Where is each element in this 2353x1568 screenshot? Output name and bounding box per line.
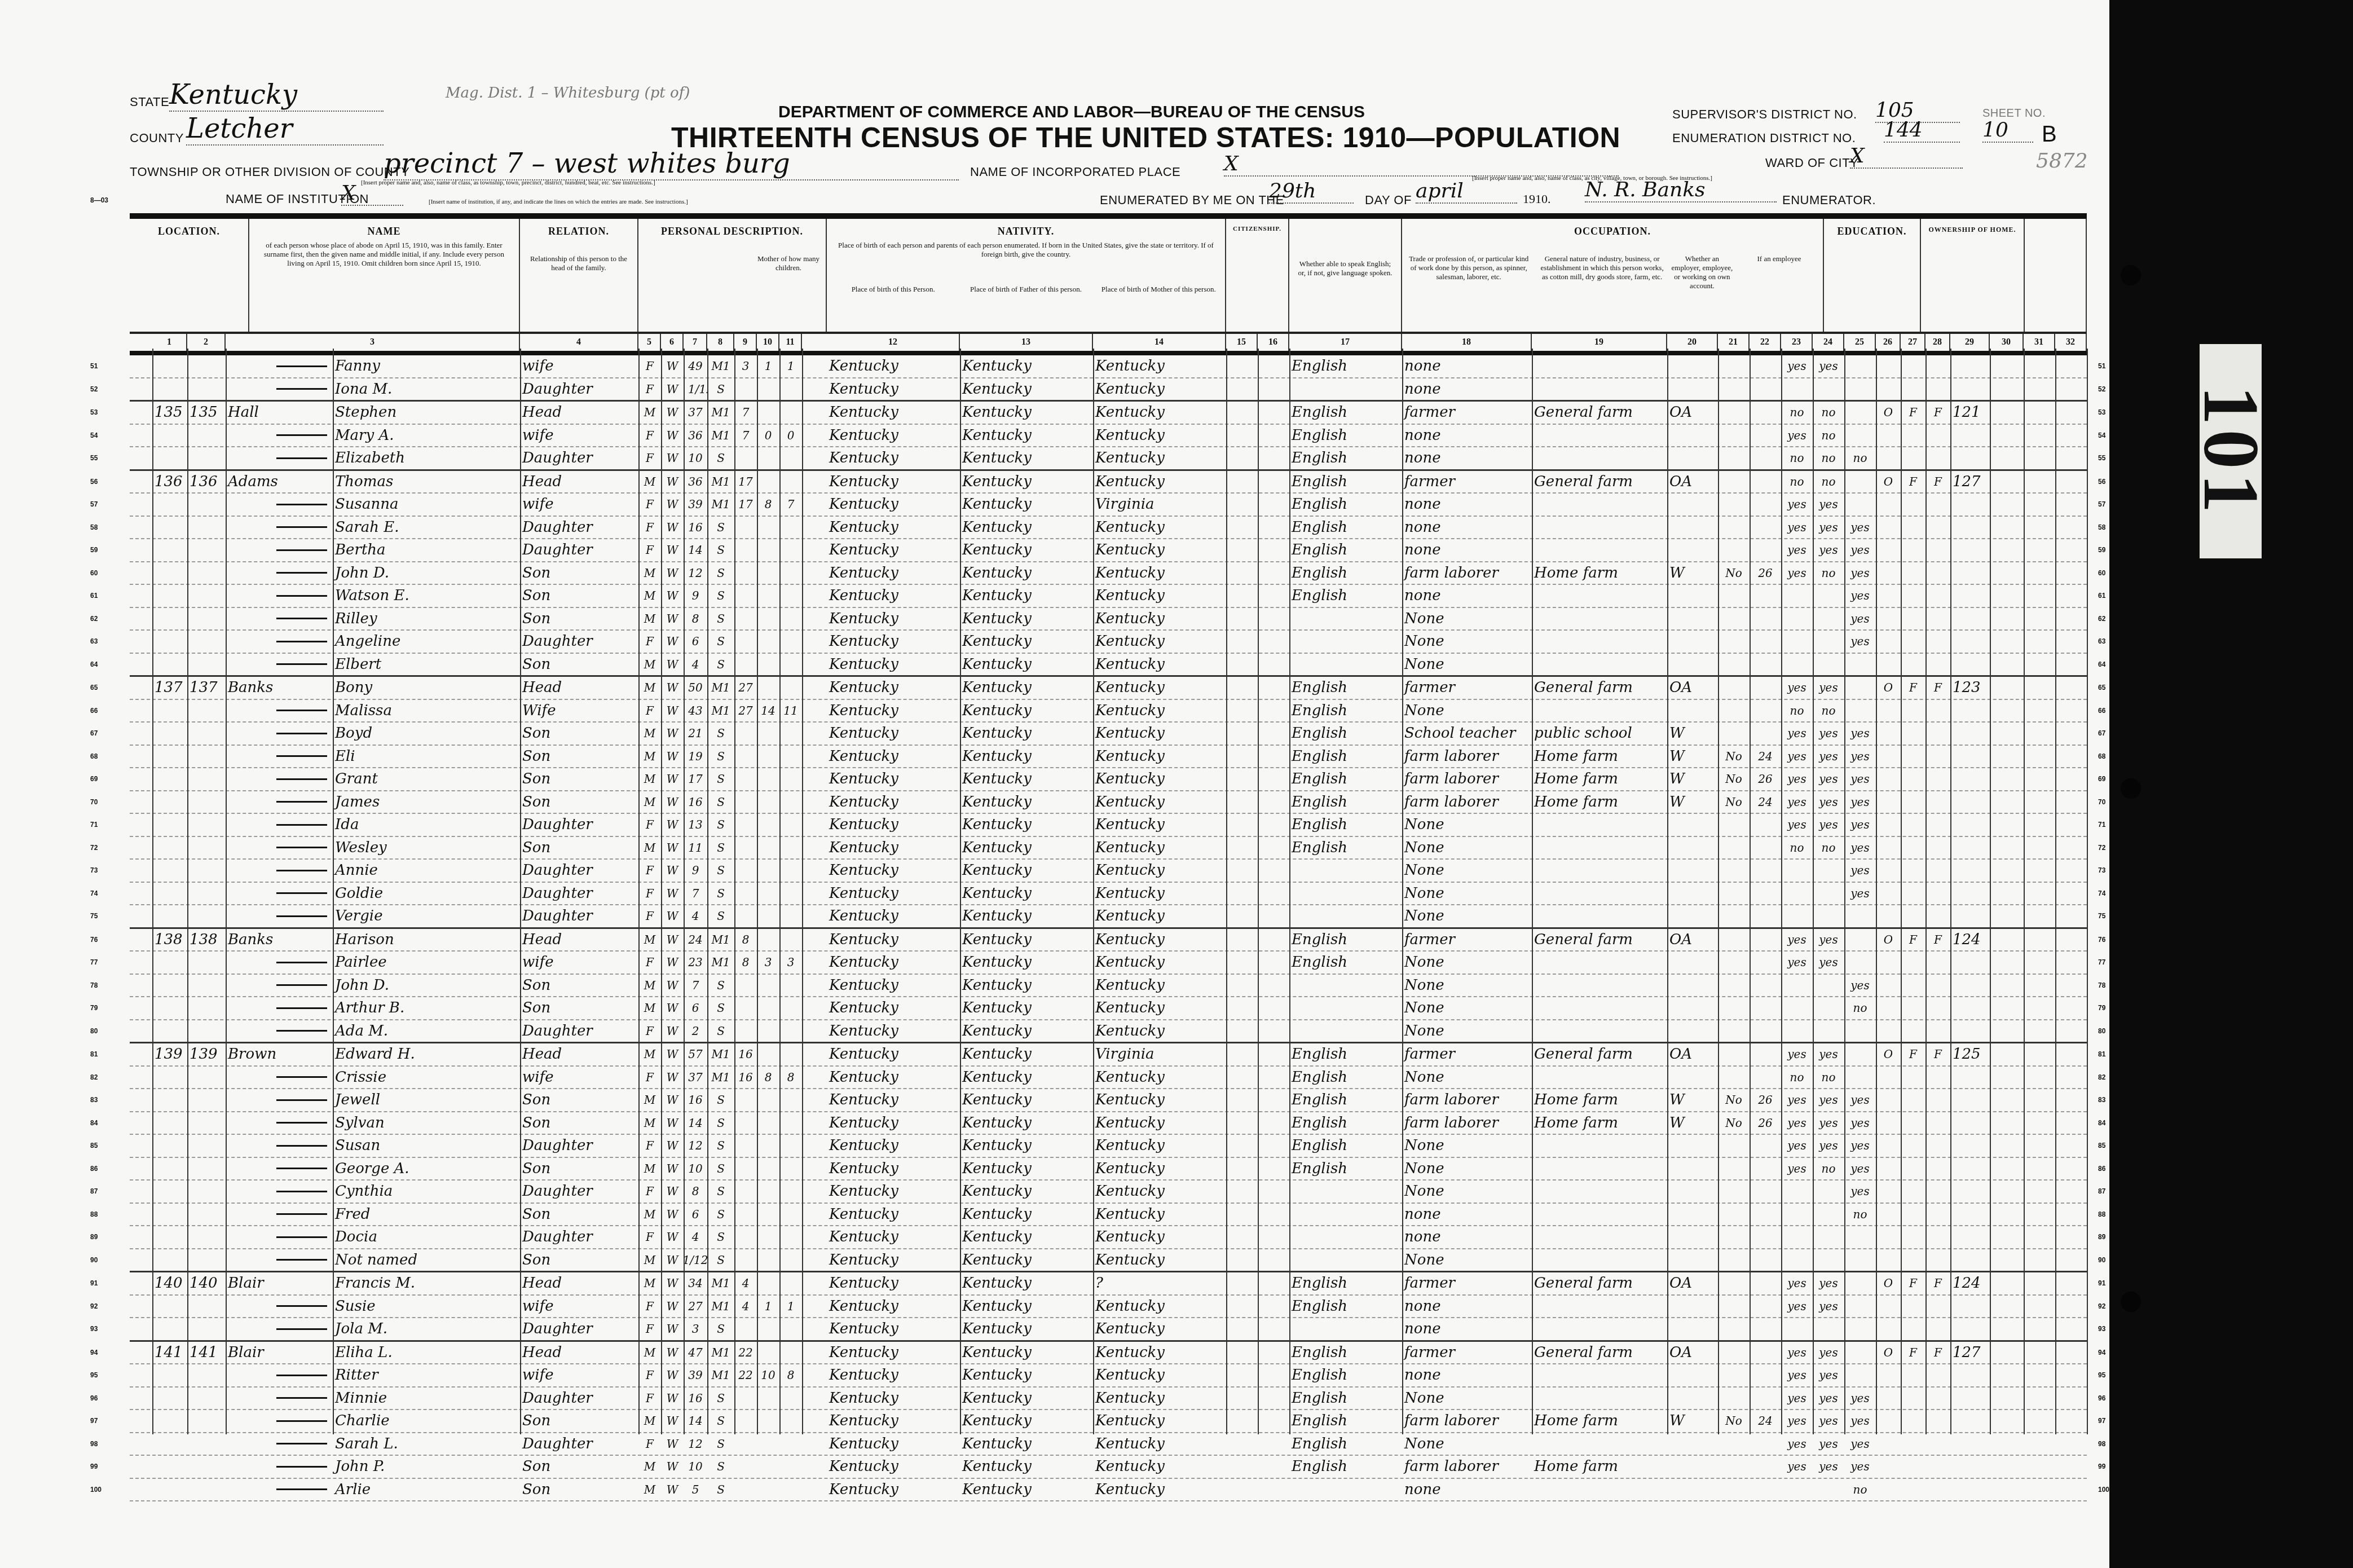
- cell-living: [779, 1204, 802, 1226]
- column-rule: [1093, 349, 1094, 1434]
- cell-out-work: [1718, 585, 1750, 607]
- cell-years-married: [734, 1318, 757, 1340]
- cell-years-married: [734, 837, 757, 859]
- census-title: THIRTEENTH CENSUS OF THE UNITED STATES: …: [671, 121, 1620, 154]
- cell-marital: M1: [707, 1043, 734, 1065]
- cell-employer: [1667, 585, 1718, 607]
- cell-marital: S: [707, 883, 734, 905]
- cell-language: English: [1289, 494, 1402, 516]
- cell-own: [1876, 585, 1901, 607]
- cell-race: W: [661, 997, 684, 1019]
- line-number: 57: [2098, 494, 2105, 516]
- cell-read: [1781, 975, 1813, 997]
- cell-sex: F: [638, 905, 661, 927]
- cell-free: [1901, 447, 1925, 469]
- cell-living: [779, 929, 802, 951]
- cell-industry: [1532, 1020, 1667, 1042]
- cell-industry: [1532, 517, 1667, 539]
- cell-relation: Head: [520, 1272, 638, 1294]
- cell-weeks: [1750, 471, 1781, 493]
- cell-employer: W: [1667, 562, 1718, 584]
- cell-trade: farm laborer: [1402, 562, 1532, 584]
- cell-relation: Daughter: [520, 1433, 638, 1455]
- header-nativity: NATIVITY.Place of birth of each person a…: [827, 219, 1226, 332]
- cell-birth-father: Kentucky: [960, 654, 1093, 676]
- cell-industry: [1532, 814, 1667, 836]
- ditto-dash: [276, 892, 327, 894]
- cell-schedule: [1950, 654, 1990, 676]
- cell-marital: S: [707, 975, 734, 997]
- line-number: 87: [90, 1181, 98, 1203]
- cell-race: W: [661, 1364, 684, 1386]
- cell-read: [1781, 1479, 1813, 1501]
- line-number: 70: [2098, 791, 2105, 813]
- cell-school: [1844, 378, 1876, 400]
- cell-race: W: [661, 1342, 684, 1364]
- cell-marital: S: [707, 562, 734, 584]
- cell-given: Susanna: [333, 494, 520, 516]
- day-of-label: DAY OF: [1365, 193, 1412, 208]
- cell-birth-mother: Kentucky: [1093, 905, 1226, 927]
- cell-school: [1844, 402, 1876, 424]
- cell-out-work: [1718, 1364, 1750, 1386]
- cell-school: yes: [1844, 1158, 1876, 1180]
- cell-born: 1: [757, 1296, 779, 1318]
- cell-years-married: 8: [734, 952, 757, 974]
- cell-industry: [1532, 494, 1667, 516]
- cell-race: W: [661, 677, 684, 699]
- column-number: 7: [684, 334, 707, 351]
- cell-living: [779, 1226, 802, 1248]
- cell-sex: M: [638, 1410, 661, 1432]
- cell-given: Bertha: [333, 539, 520, 561]
- cell-given: Fred: [333, 1204, 520, 1226]
- column-numbers: 1234567891011121314151617181920212223242…: [130, 334, 2087, 355]
- cell-industry: Home farm: [1532, 768, 1667, 790]
- cell-language: English: [1289, 837, 1402, 859]
- cell-birth-self: Kentucky: [827, 494, 960, 516]
- cell-family: 136: [187, 471, 226, 493]
- cell-own: [1876, 425, 1901, 447]
- column-rule: [779, 349, 781, 1434]
- column-number: 18: [1402, 334, 1532, 351]
- cell-birth-father: Kentucky: [960, 883, 1093, 905]
- cell-living: [779, 883, 802, 905]
- cell-free: [1901, 860, 1925, 882]
- column-number: 22: [1750, 334, 1781, 351]
- cell-family: [187, 1089, 226, 1111]
- cell-school: yes: [1844, 883, 1876, 905]
- column-rule: [2055, 349, 2056, 1434]
- table-row: John D.SonMW7SKentuckyKentuckyKentuckyNo…: [130, 975, 2087, 998]
- cell-years-married: [734, 768, 757, 790]
- cell-family: 135: [187, 402, 226, 424]
- cell-given: Docia: [333, 1226, 520, 1248]
- cell-weeks: [1750, 654, 1781, 676]
- cell-write: yes: [1813, 1135, 1844, 1157]
- cell-farm: [1925, 585, 1950, 607]
- cell-language: English: [1289, 952, 1402, 974]
- cell-employer: [1667, 997, 1718, 1019]
- cell-birth-mother: Kentucky: [1093, 402, 1226, 424]
- cell-free: [1901, 975, 1925, 997]
- cell-surname: [226, 952, 333, 974]
- cell-employer: [1667, 975, 1718, 997]
- cell-age: 16: [684, 1089, 707, 1111]
- cell-write: yes: [1813, 517, 1844, 539]
- table-row: CharlieSonMW14SKentuckyKentuckyKentuckyE…: [130, 1410, 2087, 1433]
- state-value: Kentucky: [169, 79, 384, 112]
- cell-relation: Son: [520, 1456, 638, 1478]
- cell-schedule: [1950, 952, 1990, 974]
- cell-employer: W: [1667, 746, 1718, 768]
- cell-family: 141: [187, 1342, 226, 1364]
- cell-birth-self: Kentucky: [827, 837, 960, 859]
- cell-language: English: [1289, 1089, 1402, 1111]
- township-hint: [Insert proper name and, also, name of c…: [361, 179, 655, 186]
- cell-farm: [1925, 1456, 1950, 1478]
- cell-relation: wife: [520, 1364, 638, 1386]
- cell-age: 16: [684, 1388, 707, 1410]
- cell-industry: [1532, 1204, 1667, 1226]
- cell-dwelling: [152, 768, 187, 790]
- cell-employer: [1667, 1181, 1718, 1203]
- cell-read: yes: [1781, 952, 1813, 974]
- cell-age: 36: [684, 425, 707, 447]
- cell-born: [757, 1204, 779, 1226]
- cell-relation: wife: [520, 355, 638, 377]
- line-number: 56: [2098, 471, 2105, 493]
- cell-family: [187, 1020, 226, 1042]
- cell-language: [1289, 1204, 1402, 1226]
- cell-given: Jewell: [333, 1089, 520, 1111]
- cell-write: [1813, 860, 1844, 882]
- cell-school: yes: [1844, 837, 1876, 859]
- ditto-dash: [276, 1007, 327, 1009]
- cell-dwelling: [152, 905, 187, 927]
- table-row: CynthiaDaughterFW8SKentuckyKentuckyKentu…: [130, 1181, 2087, 1204]
- cell-out-work: [1718, 425, 1750, 447]
- cell-sex: M: [638, 1043, 661, 1065]
- cell-write: yes: [1813, 1272, 1844, 1294]
- cell-surname: [226, 654, 333, 676]
- institution-hint: [Insert name of institution, if any, and…: [429, 199, 688, 205]
- ditto-dash: [276, 365, 327, 367]
- cell-given: John D.: [333, 975, 520, 997]
- cell-surname: [226, 768, 333, 790]
- header-location: LOCATION.: [130, 219, 249, 332]
- cell-farm: [1925, 860, 1950, 882]
- cell-employer: [1667, 1204, 1718, 1226]
- cell-language: English: [1289, 1342, 1402, 1364]
- cell-schedule: [1950, 562, 1990, 584]
- cell-marital: S: [707, 608, 734, 630]
- cell-family: 138: [187, 929, 226, 951]
- cell-free: [1901, 905, 1925, 927]
- cell-language: English: [1289, 402, 1402, 424]
- cell-birth-father: Kentucky: [960, 585, 1093, 607]
- cell-own: [1876, 791, 1901, 813]
- cell-race: W: [661, 425, 684, 447]
- cell-industry: [1532, 1364, 1667, 1386]
- cell-birth-self: Kentucky: [827, 1112, 960, 1134]
- cell-school: [1844, 1318, 1876, 1340]
- line-number: 81: [90, 1043, 98, 1065]
- cell-employer: OA: [1667, 677, 1718, 699]
- cell-employer: [1667, 1158, 1718, 1180]
- cell-employer: [1667, 883, 1718, 905]
- cell-born: 1: [757, 355, 779, 377]
- cell-school: yes: [1844, 1181, 1876, 1203]
- cell-sex: F: [638, 1364, 661, 1386]
- cell-relation: wife: [520, 1067, 638, 1089]
- cell-surname: Blair: [226, 1272, 333, 1294]
- cell-born: [757, 402, 779, 424]
- cell-trade: none: [1402, 539, 1532, 561]
- cell-surname: [226, 1388, 333, 1410]
- cell-years-married: 7: [734, 402, 757, 424]
- cell-write: no: [1813, 1158, 1844, 1180]
- cell-relation: Daughter: [520, 539, 638, 561]
- cell-relation: Son: [520, 1112, 638, 1134]
- cell-school: yes: [1844, 860, 1876, 882]
- cell-trade: none: [1402, 1318, 1532, 1340]
- cell-given: John D.: [333, 562, 520, 584]
- cell-read: yes: [1781, 517, 1813, 539]
- cell-own: [1876, 1089, 1901, 1111]
- cell-birth-father: Kentucky: [960, 1158, 1093, 1180]
- cell-born: 0: [757, 425, 779, 447]
- cell-read: yes: [1781, 768, 1813, 790]
- cell-sex: F: [638, 1433, 661, 1455]
- cell-born: [757, 608, 779, 630]
- ditto-dash: [276, 434, 327, 436]
- cell-schedule: [1950, 746, 1990, 768]
- cell-schedule: [1950, 1249, 1990, 1271]
- cell-own: [1876, 1067, 1901, 1089]
- cell-born: [757, 929, 779, 951]
- cell-relation: Daughter: [520, 1020, 638, 1042]
- cell-sex: F: [638, 378, 661, 400]
- cell-living: [779, 905, 802, 927]
- cell-read: yes: [1781, 791, 1813, 813]
- cell-write: [1813, 1318, 1844, 1340]
- cell-birth-self: Kentucky: [827, 1433, 960, 1455]
- cell-farm: [1925, 378, 1950, 400]
- cell-birth-mother: Kentucky: [1093, 585, 1226, 607]
- cell-race: W: [661, 1158, 684, 1180]
- cell-industry: General farm: [1532, 471, 1667, 493]
- column-rule: [960, 349, 961, 1434]
- cell-family: [187, 654, 226, 676]
- cell-age: 4: [684, 654, 707, 676]
- cell-living: [779, 1318, 802, 1340]
- cell-language: English: [1289, 585, 1402, 607]
- cell-free: [1901, 1181, 1925, 1203]
- cell-weeks: [1750, 1181, 1781, 1203]
- cell-years-married: [734, 1226, 757, 1248]
- cell-dwelling: [152, 378, 187, 400]
- cell-marital: S: [707, 1135, 734, 1157]
- cell-birth-mother: Kentucky: [1093, 952, 1226, 974]
- cell-language: [1289, 631, 1402, 653]
- table-row: FredSonMW6SKentuckyKentuckyKentuckynonen…: [130, 1204, 2087, 1227]
- cell-write: yes: [1813, 355, 1844, 377]
- cell-born: [757, 791, 779, 813]
- cell-birth-self: Kentucky: [827, 631, 960, 653]
- cell-out-work: [1718, 723, 1750, 745]
- cell-weeks: 24: [1750, 746, 1781, 768]
- cell-surname: [226, 425, 333, 447]
- cell-language: English: [1289, 814, 1402, 836]
- cell-employer: [1667, 654, 1718, 676]
- line-number: 53: [90, 402, 98, 424]
- cell-own: [1876, 997, 1901, 1019]
- cell-given: Vergie: [333, 905, 520, 927]
- cell-sex: M: [638, 1158, 661, 1180]
- cell-relation: Son: [520, 1204, 638, 1226]
- cell-farm: F: [1925, 471, 1950, 493]
- cell-race: W: [661, 905, 684, 927]
- cell-weeks: [1750, 517, 1781, 539]
- cell-write: [1813, 883, 1844, 905]
- line-number: 94: [90, 1342, 98, 1364]
- cell-sex: M: [638, 929, 661, 951]
- cell-sex: F: [638, 425, 661, 447]
- cell-trade: None: [1402, 654, 1532, 676]
- column-rule: [1990, 349, 1991, 1434]
- cell-school: yes: [1844, 975, 1876, 997]
- cell-born: [757, 1479, 779, 1501]
- cell-read: [1781, 1318, 1813, 1340]
- cell-dwelling: 136: [152, 471, 187, 493]
- cell-birth-self: Kentucky: [827, 814, 960, 836]
- cell-read: yes: [1781, 1342, 1813, 1364]
- cell-birth-father: Kentucky: [960, 837, 1093, 859]
- table-row: RilleySonMW8SKentuckyKentuckyKentuckyNon…: [130, 608, 2087, 631]
- column-rule: [1289, 349, 1290, 1434]
- cell-free: [1901, 1296, 1925, 1318]
- column-number: 17: [1289, 334, 1402, 351]
- cell-race: W: [661, 1318, 684, 1340]
- cell-out-work: [1718, 952, 1750, 974]
- line-number: 79: [2098, 997, 2105, 1019]
- cell-dwelling: [152, 1181, 187, 1203]
- cell-surname: [226, 905, 333, 927]
- cell-out-work: No: [1718, 1089, 1750, 1111]
- cell-surname: [226, 1433, 333, 1455]
- table-row: 138138BanksHarisonHeadMW24M18KentuckyKen…: [130, 929, 2087, 952]
- column-number: 26: [1876, 334, 1901, 351]
- line-number: 96: [90, 1388, 98, 1410]
- cell-surname: [226, 883, 333, 905]
- header-citizenship: CITIZENSHIP.: [1226, 219, 1289, 332]
- cell-birth-mother: Kentucky: [1093, 1433, 1226, 1455]
- cell-own: [1876, 517, 1901, 539]
- cell-age: 5: [684, 1479, 707, 1501]
- cell-marital: M1: [707, 425, 734, 447]
- cell-read: yes: [1781, 1388, 1813, 1410]
- cell-born: [757, 539, 779, 561]
- cell-years-married: [734, 1112, 757, 1134]
- cell-years-married: [734, 562, 757, 584]
- cell-free: F: [1901, 929, 1925, 951]
- cell-language: English: [1289, 425, 1402, 447]
- cell-free: [1901, 1364, 1925, 1386]
- cell-given: Bony: [333, 677, 520, 699]
- cell-farm: [1925, 975, 1950, 997]
- cell-farm: [1925, 1364, 1950, 1386]
- cell-race: W: [661, 517, 684, 539]
- cell-living: [779, 1479, 802, 1501]
- cell-given: Susan: [333, 1135, 520, 1157]
- cell-marital: S: [707, 1388, 734, 1410]
- cell-race: W: [661, 929, 684, 951]
- cell-own: [1876, 1158, 1901, 1180]
- cell-birth-father: Kentucky: [960, 1112, 1093, 1134]
- cell-birth-self: Kentucky: [827, 860, 960, 882]
- cell-weeks: [1750, 494, 1781, 516]
- cell-language: [1289, 1318, 1402, 1340]
- column-number: 8: [707, 334, 734, 351]
- cell-given: James: [333, 791, 520, 813]
- cell-farm: [1925, 814, 1950, 836]
- cell-birth-father: Kentucky: [960, 768, 1093, 790]
- cell-out-work: [1718, 1296, 1750, 1318]
- cell-years-married: 3: [734, 355, 757, 377]
- cell-relation: Daughter: [520, 883, 638, 905]
- institution-value: X: [341, 182, 403, 206]
- cell-industry: [1532, 1479, 1667, 1501]
- microfilm-edge: [2109, 0, 2353, 1568]
- cell-race: W: [661, 402, 684, 424]
- cell-age: 50: [684, 677, 707, 699]
- cell-race: W: [661, 562, 684, 584]
- line-number: 70: [90, 791, 98, 813]
- cell-language: English: [1289, 1272, 1402, 1294]
- cell-birth-father: Kentucky: [960, 1410, 1093, 1432]
- cell-family: [187, 585, 226, 607]
- county-value: Letcher: [186, 113, 384, 146]
- cell-trade: none: [1402, 1226, 1532, 1248]
- cell-birth-self: Kentucky: [827, 1272, 960, 1294]
- cell-dwelling: [152, 883, 187, 905]
- cell-trade: none: [1402, 1364, 1532, 1386]
- cell-industry: [1532, 952, 1667, 974]
- cell-write: no: [1813, 402, 1844, 424]
- cell-farm: [1925, 952, 1950, 974]
- cell-given: Angeline: [333, 631, 520, 653]
- cell-school: yes: [1844, 539, 1876, 561]
- line-number: 52: [2098, 378, 2105, 400]
- cell-own: [1876, 378, 1901, 400]
- cell-free: [1901, 494, 1925, 516]
- cell-living: [779, 746, 802, 768]
- cell-free: F: [1901, 1342, 1925, 1364]
- ditto-dash: [276, 1259, 327, 1261]
- cell-schedule: [1950, 1433, 1990, 1455]
- line-number: 53: [2098, 402, 2105, 424]
- cell-born: [757, 1089, 779, 1111]
- cell-birth-mother: ?: [1093, 1272, 1226, 1294]
- cell-schedule: [1950, 837, 1990, 859]
- cell-farm: [1925, 1249, 1950, 1271]
- cell-write: yes: [1813, 768, 1844, 790]
- cell-dwelling: 135: [152, 402, 187, 424]
- cell-school: no: [1844, 447, 1876, 469]
- cell-read: yes: [1781, 425, 1813, 447]
- cell-school: yes: [1844, 562, 1876, 584]
